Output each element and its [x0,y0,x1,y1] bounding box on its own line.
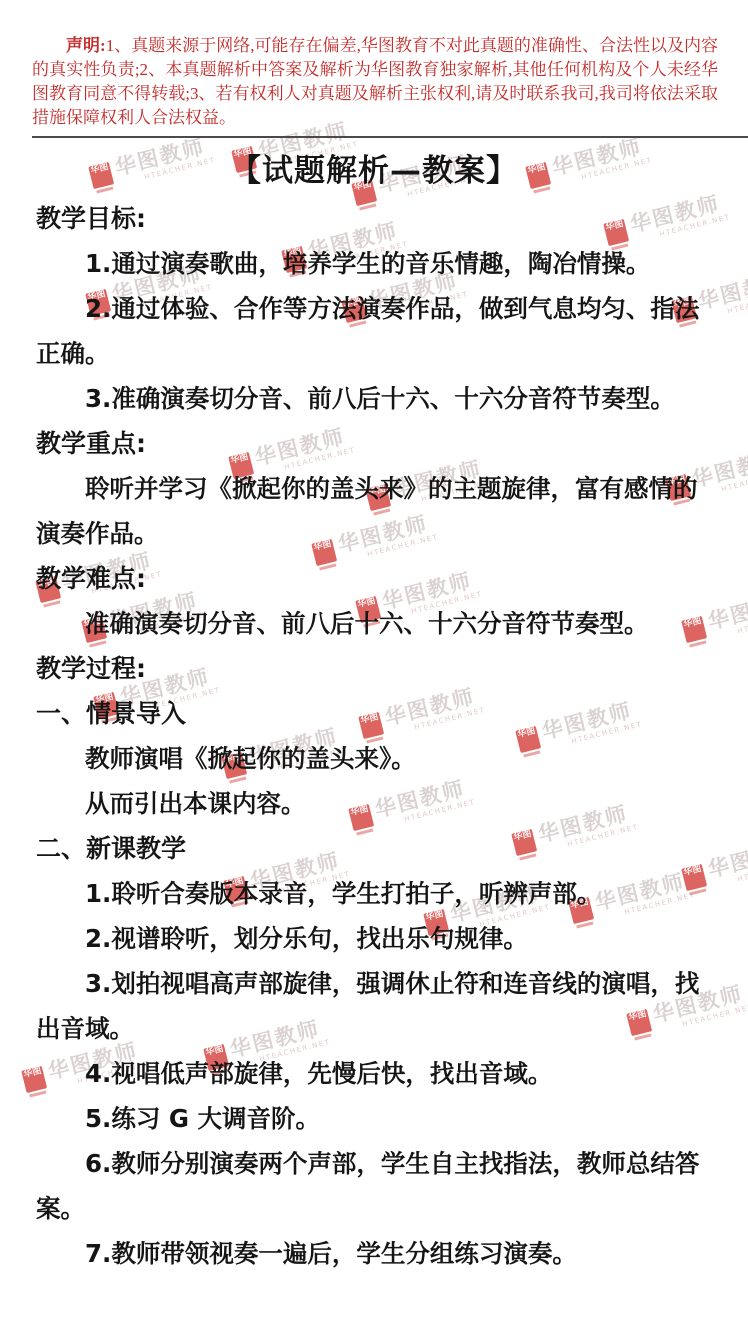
paragraph: 7.教师带领视奏一遍后，学生分组练习演奏。 [36,1231,712,1276]
paragraph: 教师演唱《掀起你的盖头来》。 [36,736,712,781]
paragraph: 2.视谱聆听，划分乐句，找出乐句规律。 [36,916,712,961]
paragraph: 准确演奏切分音、前八后十六、十六分音符节奏型。 [36,601,712,646]
document-page: 声明:1、真题来源于网络,可能存在偏差,华图教育不对此真题的准确性、合法性以及内… [0,34,748,1276]
disclaimer-body: 1、真题来源于网络,可能存在偏差,华图教育不对此真题的准确性、合法性以及内容的真… [32,36,718,127]
section-heading: 一、情景导入 [36,691,712,736]
paragraph: 3.划拍视唱高声部旋律，强调休止符和连音线的演唱，找出音域。 [36,961,712,1051]
section-heading: 教学难点: [36,556,712,601]
section-heading: 教学目标: [36,196,712,241]
disclaimer-label: 声明: [66,36,106,55]
section-heading: 教学重点: [36,421,712,466]
section-heading: 二、新课教学 [36,826,712,871]
paragraph: 3.准确演奏切分音、前八后十六、十六分音符节奏型。 [36,376,712,421]
section-heading: 教学过程: [36,646,712,691]
divider-line [32,136,748,138]
paragraph: 4.视唱低声部旋律，先慢后快，找出音域。 [36,1051,712,1096]
paragraph: 1.聆听合奏版本录音，学生打拍子，听辨声部。 [36,871,712,916]
page-title: 【试题解析—教案】 [0,150,748,192]
document-body: 教学目标:1.通过演奏歌曲，培养学生的音乐情趣，陶冶情操。2.通过体验、合作等方… [36,196,712,1276]
paragraph: 1.通过演奏歌曲，培养学生的音乐情趣，陶冶情操。 [36,241,712,286]
paragraph: 6.教师分别演奏两个声部，学生自主找指法，教师总结答案。 [36,1141,712,1231]
paragraph: 2.通过体验、合作等方法演奏作品，做到气息均匀、指法正确。 [36,286,712,376]
paragraph: 从而引出本课内容。 [36,781,712,826]
paragraph: 5.练习 G 大调音阶。 [36,1096,712,1141]
disclaimer-text: 声明:1、真题来源于网络,可能存在偏差,华图教育不对此真题的准确性、合法性以及内… [32,34,718,131]
paragraph: 聆听并学习《掀起你的盖头来》的主题旋律，富有感情的演奏作品。 [36,466,712,556]
